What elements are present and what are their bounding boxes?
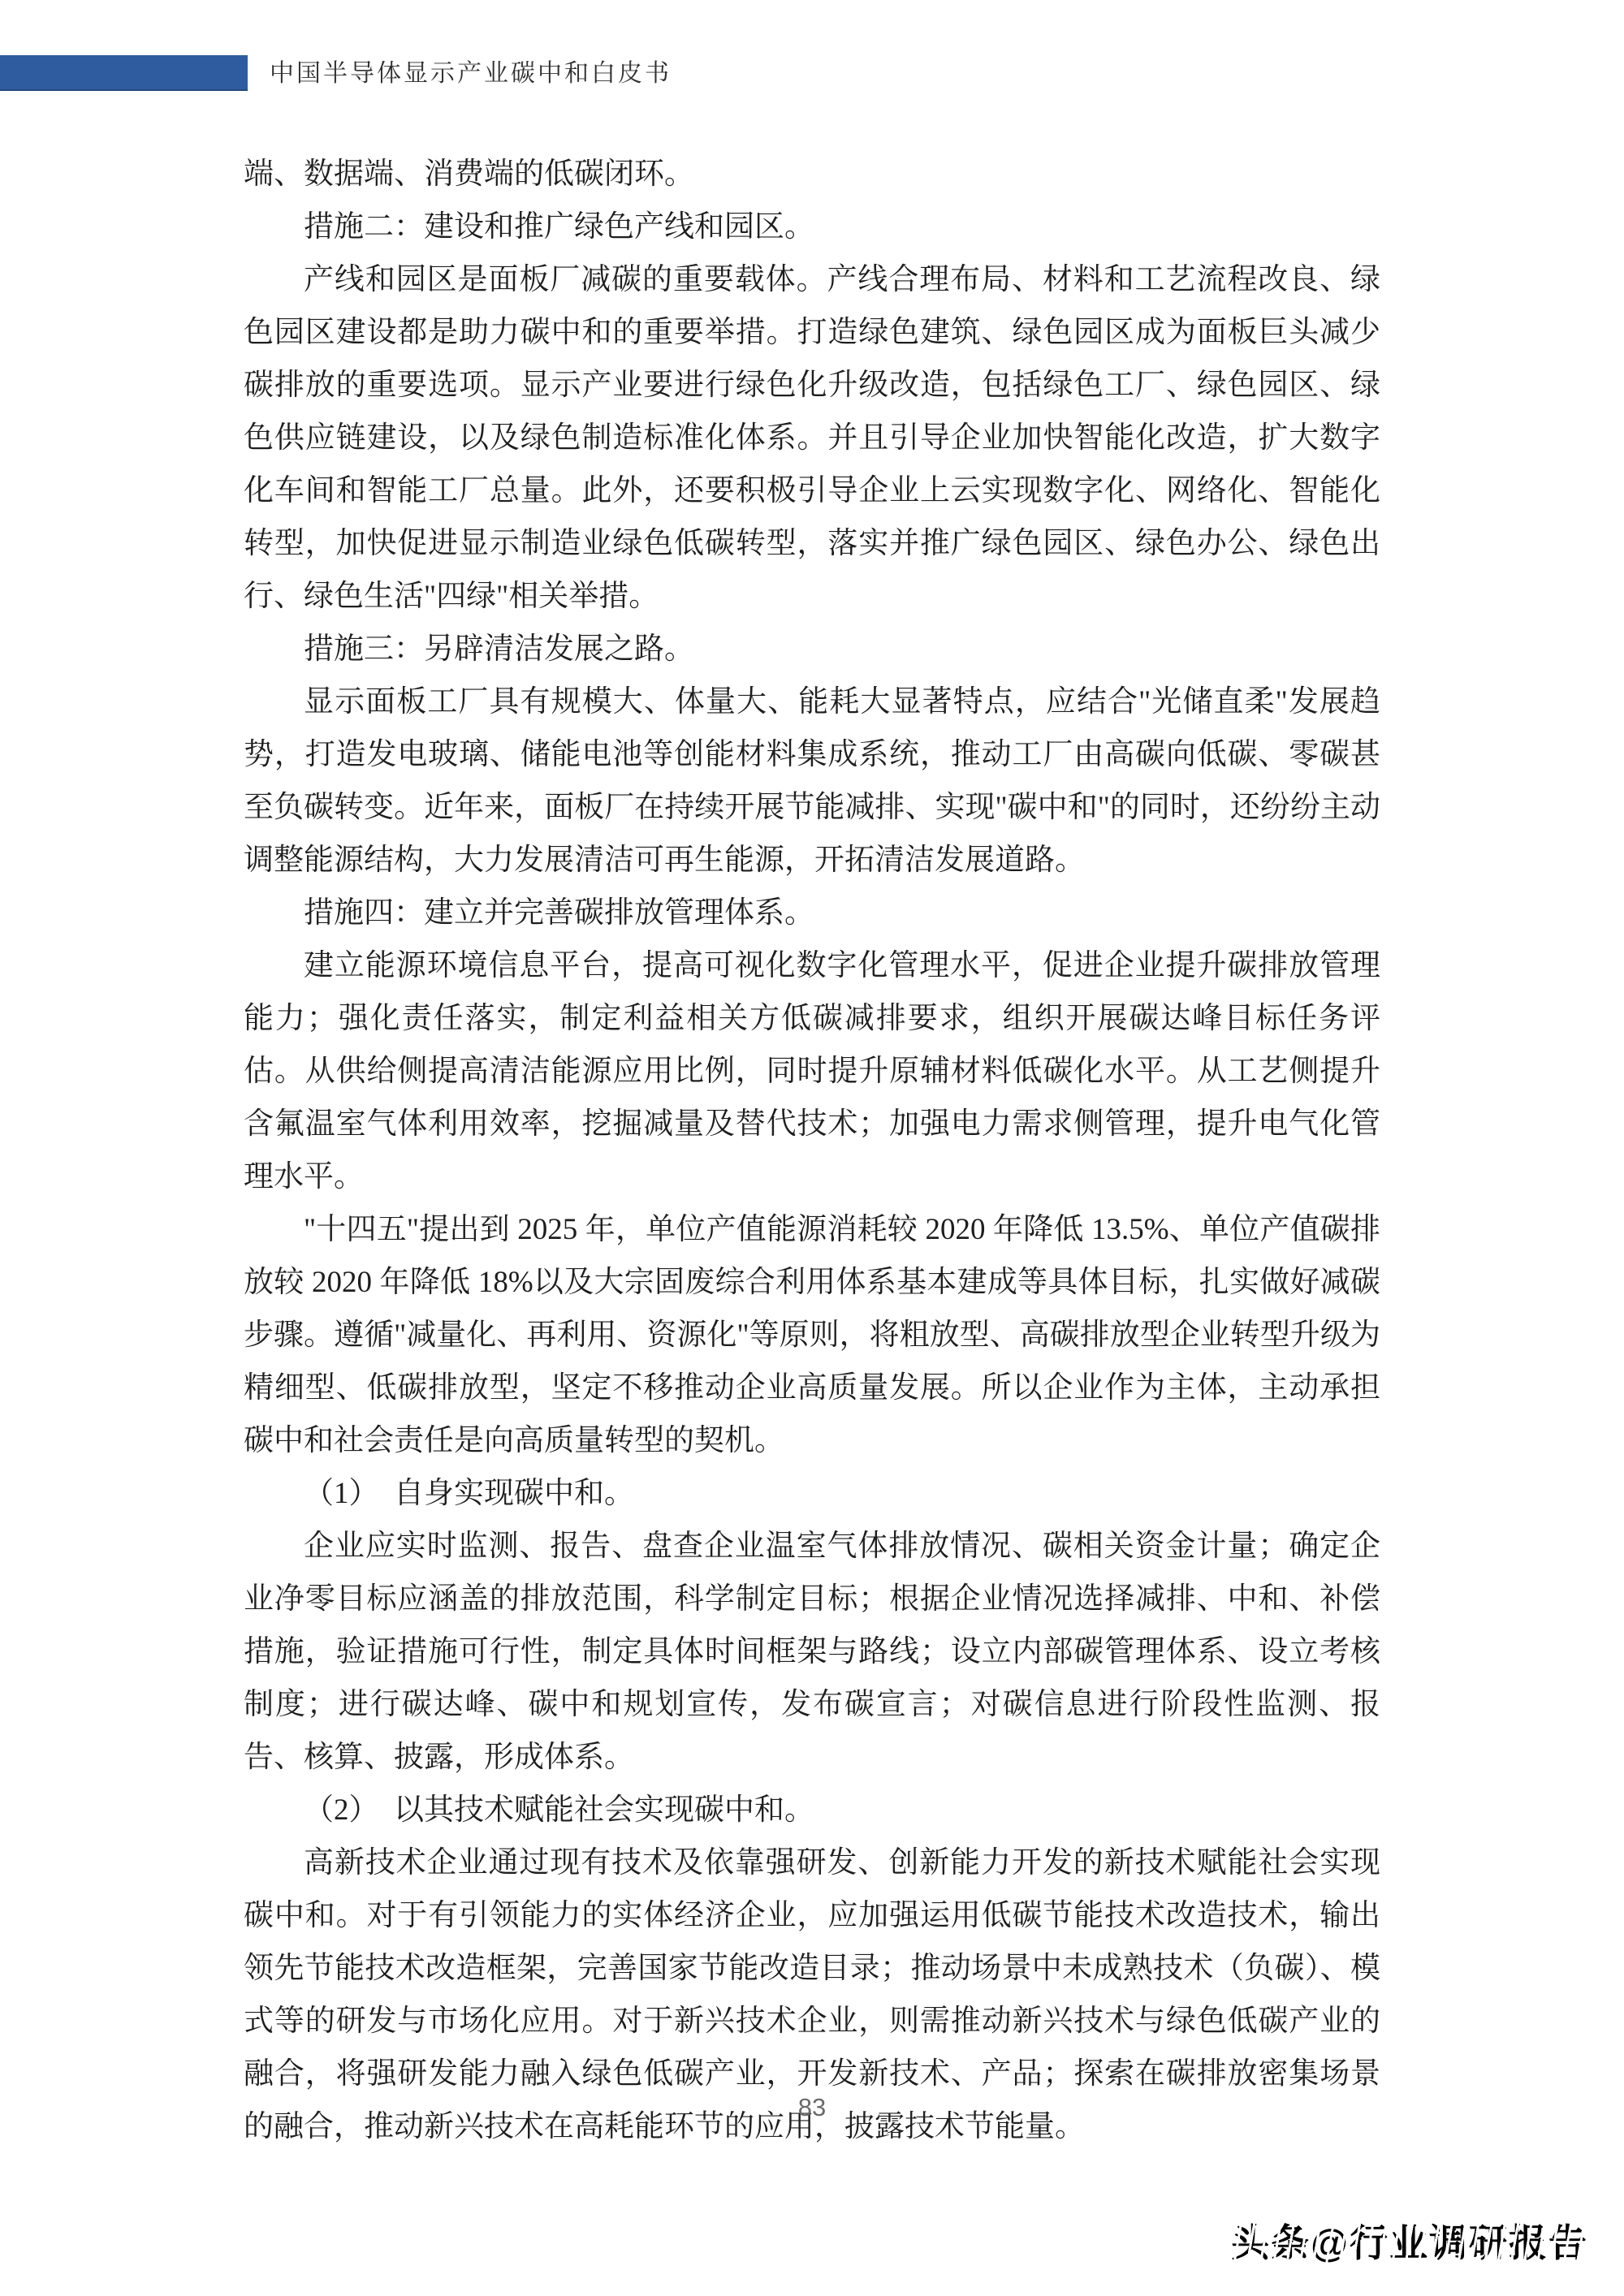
paragraph-item-2-heading: （2） 以其技术赋能社会实现碳中和。 [244, 1784, 1380, 1836]
paragraph-measure-3-body: 显示面板工厂具有规模大、体量大、能耗大显著特点，应结合"光储直柔"发展趋势，打造… [244, 675, 1380, 887]
document-title: 中国半导体显示产业碳中和白皮书 [270, 60, 672, 88]
paragraph-measure-4-heading: 措施四：建立并完善碳排放管理体系。 [244, 887, 1380, 939]
document-page: 中国半导体显示产业碳中和白皮书 端、数据端、消费端的低碳闭环。 措施二：建设和推… [0, 0, 1624, 2296]
paragraph-item-1-body: 企业应实时监测、报告、盘查企业温室气体排放情况、碳相关资金计量；确定企业净零目标… [244, 1520, 1380, 1784]
page-body: 端、数据端、消费端的低碳闭环。 措施二：建设和推广绿色产线和园区。 产线和园区是… [244, 148, 1380, 2153]
paragraph-measure-2-body: 产线和园区是面板厂减碳的重要载体。产线合理布局、材料和工艺流程改良、绿色园区建设… [244, 253, 1380, 623]
paragraph-measure-3-heading: 措施三：另辟清洁发展之路。 [244, 623, 1380, 675]
paragraph-measure-4-body: 建立能源环境信息平台，提高可视化数字化管理水平，促进企业提升碳排放管理能力；强化… [244, 939, 1380, 1203]
paragraph-measure-2-heading: 措施二：建设和推广绿色产线和园区。 [244, 201, 1380, 253]
page-number: 83 [244, 2093, 1380, 2122]
paragraph-14th-five-year-plan: "十四五"提出到 2025 年，单位产值能源消耗较 2020 年降低 13.5%… [244, 1203, 1380, 1467]
watermark: 头条@行业调研报告 [1231, 2213, 1588, 2268]
paragraph-continuation: 端、数据端、消费端的低碳闭环。 [244, 148, 1380, 201]
paragraph-item-1-heading: （1） 自身实现碳中和。 [244, 1467, 1380, 1520]
header-accent-bar [0, 55, 248, 91]
